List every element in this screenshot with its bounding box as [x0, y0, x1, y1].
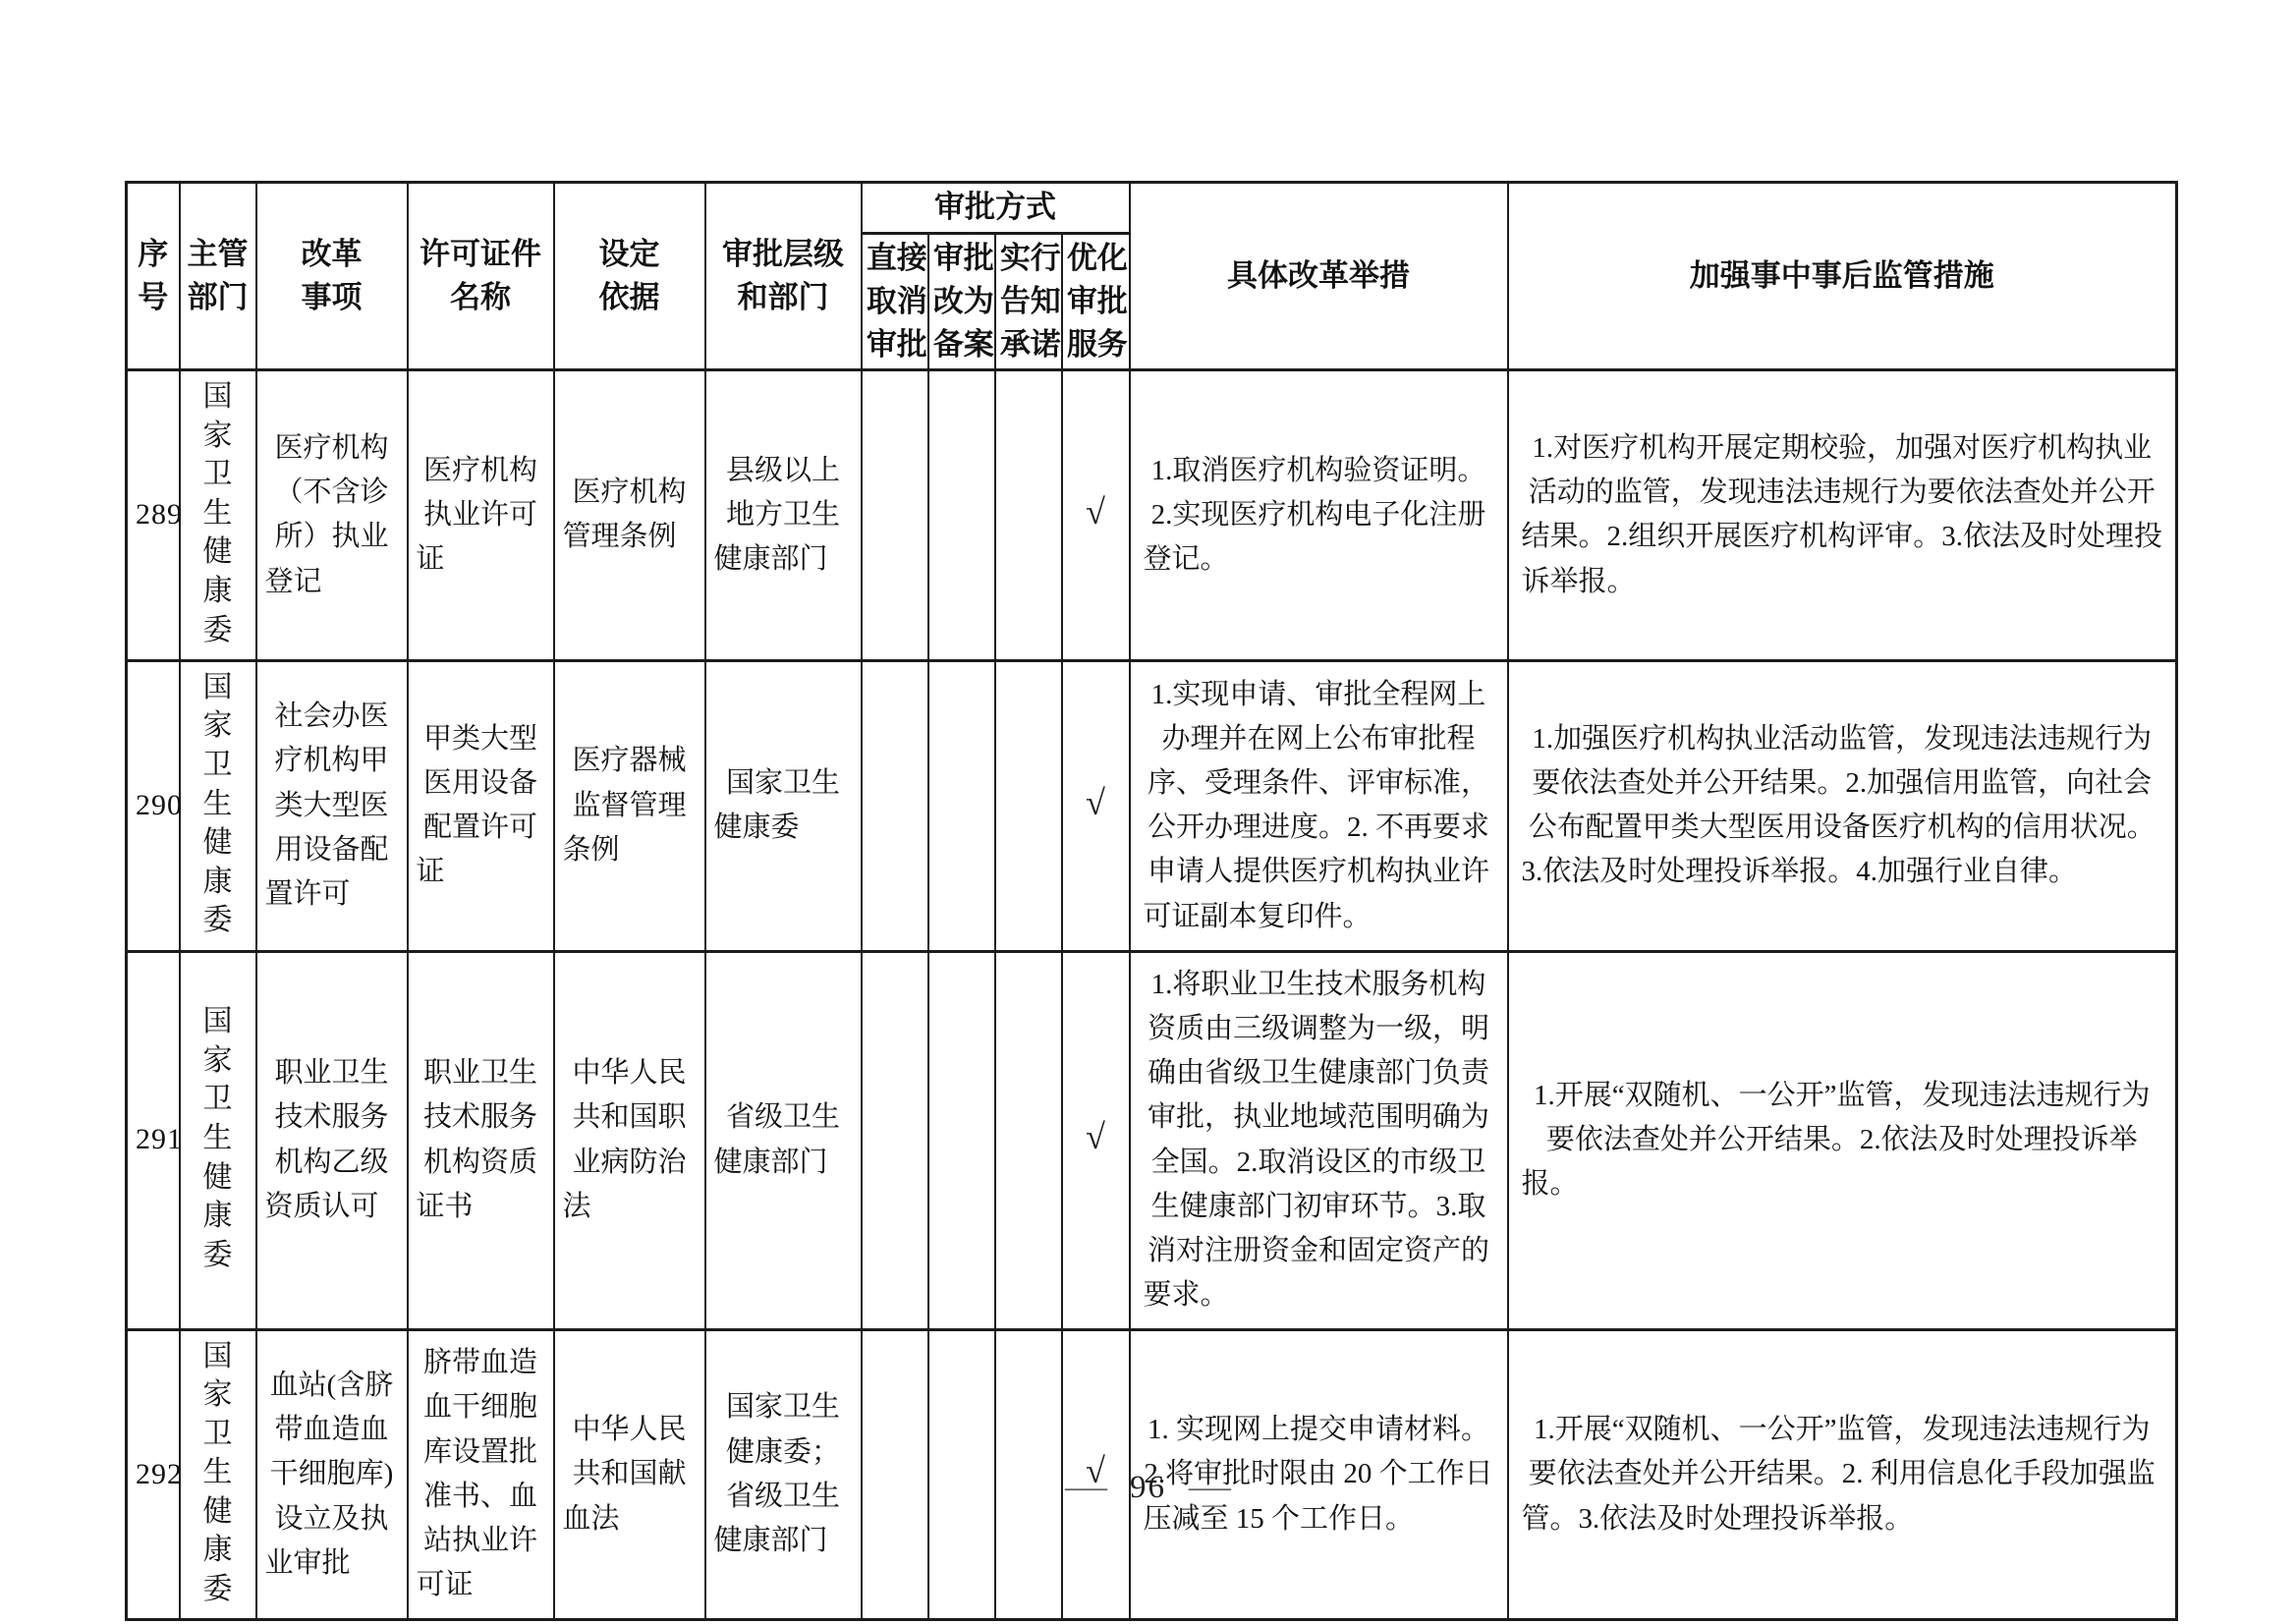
cell-reform-measures: 1.实现申请、审批全程网上办理并在网上公布审批程序、受理条件、评审标准，公开办理…	[1130, 660, 1508, 951]
col-header-approval-level: 审批层级和部门	[705, 183, 862, 370]
cell-mode-notification	[995, 370, 1062, 661]
table-row-291: 291 国家卫生健康委 职业卫生技术服务机构乙级资质认可 职业卫生技术服务机构资…	[127, 951, 2177, 1329]
page-number: 96	[1130, 1470, 1166, 1506]
cell-mode-direct-cancel	[862, 951, 928, 1329]
cell-legal-basis: 中华人民共和国职业病防治法	[554, 951, 705, 1329]
cell-department-text: 国家卫生健康委	[201, 1002, 234, 1274]
col-header-license-name-label: 许可证件名称	[416, 233, 545, 319]
col-header-mode-optimize-label: 优化审批服务	[1065, 237, 1131, 366]
table-row-290: 290 国家卫生健康委 社会办医疗机构甲类大型医用设备配置许可 甲类大型医用设备…	[127, 660, 2177, 951]
cell-license-name: 医疗机构执业许可证	[408, 370, 554, 661]
col-header-license-name: 许可证件名称	[408, 183, 554, 370]
cell-supervision-measures: 1.对医疗机构开展定期校验，加强对医疗机构执业活动的监管，发现违法违规行为要依法…	[1508, 370, 2177, 661]
cell-legal-basis: 医疗器械监督管理条例	[554, 660, 705, 951]
col-header-mode-to-filing: 审批改为备案	[928, 234, 995, 370]
col-header-mode-direct-cancel: 直接取消审批	[862, 234, 928, 370]
col-header-supervision-measures-label: 加强事中事后监管措施	[1690, 258, 1994, 293]
cell-department-text: 国家卫生健康委	[201, 668, 234, 940]
col-header-approval-level-label: 审批层级和部门	[718, 233, 848, 319]
cell-mode-direct-cancel	[862, 660, 928, 951]
cell-license-name: 甲类大型医用设备配置许可证	[408, 660, 554, 951]
cell-approval-level: 县级以上地方卫生健康部门	[705, 370, 862, 661]
cell-seq: 291	[127, 951, 180, 1329]
col-header-department: 主管部门	[180, 183, 256, 370]
col-header-mode-direct-cancel-label: 直接取消审批	[865, 237, 930, 366]
cell-seq: 289	[127, 370, 180, 661]
cell-reform-item: 医疗机构（不含诊所）执业登记	[256, 370, 408, 661]
col-header-legal-basis-label: 设定依据	[596, 233, 662, 319]
cell-legal-basis: 医疗机构管理条例	[554, 370, 705, 661]
page-footer: — 96 —	[0, 1470, 2296, 1506]
cell-mode-notification	[995, 660, 1062, 951]
cell-mode-direct-cancel	[862, 370, 928, 661]
cell-mode-optimize: √	[1062, 951, 1130, 1329]
col-header-reform-measures-label: 具体改革举措	[1227, 258, 1410, 293]
col-header-reform-measures: 具体改革举措	[1130, 183, 1508, 370]
cell-seq: 290	[127, 660, 180, 951]
cell-license-name: 职业卫生技术服务机构资质证书	[408, 951, 554, 1329]
document-page: 序号 主管部门 改革事项 许可证件名称 设定依据 审批层级和部门 审批方式 具体…	[0, 0, 2296, 1624]
cell-reform-item: 社会办医疗机构甲类大型医用设备配置许可	[256, 660, 408, 951]
cell-mode-to-filing	[928, 951, 995, 1329]
col-header-mode-notification-label: 实行告知承诺	[998, 237, 1064, 366]
cell-approval-level: 国家卫生健康委	[705, 660, 862, 951]
col-header-reform-item: 改革事项	[256, 183, 408, 370]
cell-reform-measures: 1.将职业卫生技术服务机构资质由三级调整为一级，明确由省级卫生健康部门负责审批，…	[1130, 951, 1508, 1329]
header-row-top: 序号 主管部门 改革事项 许可证件名称 设定依据 审批层级和部门 审批方式 具体…	[127, 183, 2177, 234]
cell-mode-to-filing	[928, 370, 995, 661]
footer-dash-left: —	[1065, 1470, 1107, 1506]
col-header-seq-label: 序号	[136, 233, 171, 319]
table-body: 289 国家卫生健康委 医疗机构（不含诊所）执业登记 医疗机构执业许可证 医疗机…	[127, 370, 2177, 1620]
col-header-department-label: 主管部门	[185, 233, 251, 319]
cell-department: 国家卫生健康委	[180, 951, 256, 1329]
cell-department: 国家卫生健康委	[180, 660, 256, 951]
cell-approval-level: 省级卫生健康部门	[705, 951, 862, 1329]
cell-department-text: 国家卫生健康委	[201, 377, 234, 649]
col-header-legal-basis: 设定依据	[554, 183, 705, 370]
checkmark: √	[1086, 783, 1105, 822]
table-row-289: 289 国家卫生健康委 医疗机构（不含诊所）执业登记 医疗机构执业许可证 医疗机…	[127, 370, 2177, 661]
cell-mode-optimize: √	[1062, 660, 1130, 951]
col-header-mode-notification: 实行告知承诺	[995, 234, 1062, 370]
checkmark: √	[1086, 492, 1105, 532]
cell-mode-optimize: √	[1062, 370, 1130, 661]
col-header-reform-item-label: 改革事项	[299, 233, 364, 319]
cell-department: 国家卫生健康委	[180, 370, 256, 661]
col-header-mode-to-filing-label: 审批改为备案	[931, 237, 997, 366]
cell-reform-item: 职业卫生技术服务机构乙级资质认可	[256, 951, 408, 1329]
col-header-approval-mode-group-label: 审批方式	[934, 190, 1056, 224]
cell-reform-measures: 1.取消医疗机构验资证明。2.实现医疗机构电子化注册登记。	[1130, 370, 1508, 661]
cell-mode-to-filing	[928, 660, 995, 951]
col-header-mode-optimize: 优化审批服务	[1062, 234, 1130, 370]
col-header-seq: 序号	[127, 183, 180, 370]
cell-mode-notification	[995, 951, 1062, 1329]
cell-supervision-measures: 1.加强医疗机构执业活动监管，发现违法违规行为要依法查处并公开结果。2.加强信用…	[1508, 660, 2177, 951]
checkmark: √	[1086, 1117, 1105, 1156]
cell-supervision-measures: 1.开展“双随机、一公开”监管，发现违法违规行为要依法查处并公开结果。2.依法及…	[1508, 951, 2177, 1329]
footer-dash-right: —	[1189, 1470, 1231, 1506]
col-header-supervision-measures: 加强事中事后监管措施	[1508, 183, 2177, 370]
approval-reform-table: 序号 主管部门 改革事项 许可证件名称 设定依据 审批层级和部门 审批方式 具体…	[125, 181, 2178, 1621]
col-header-approval-mode-group: 审批方式	[862, 183, 1130, 234]
